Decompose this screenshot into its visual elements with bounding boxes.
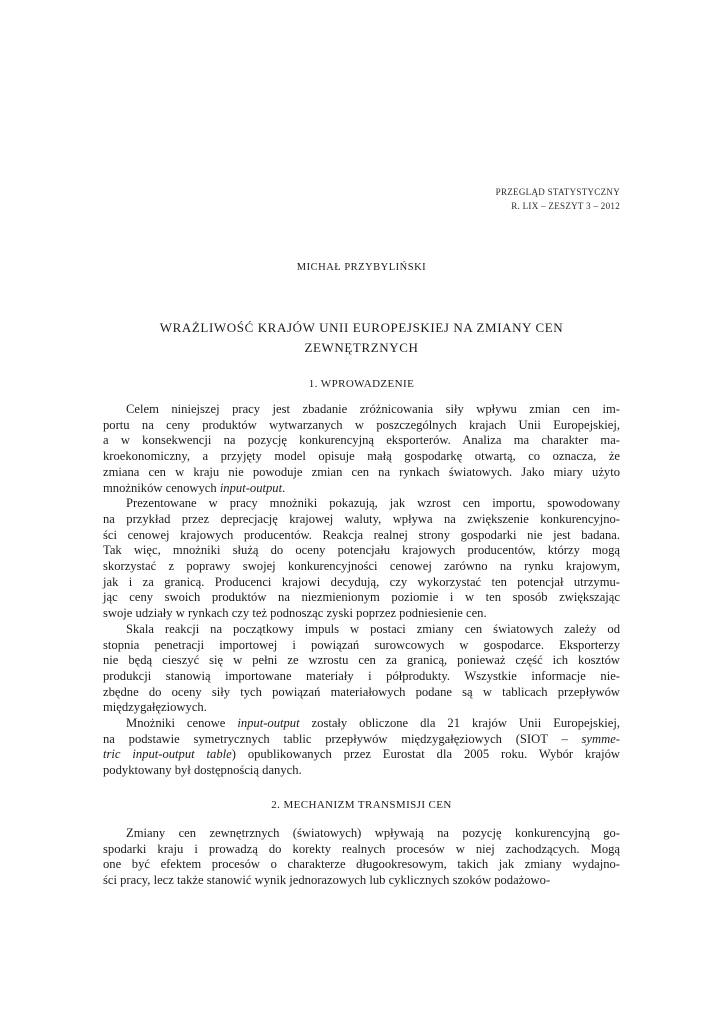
text-line: jak i za granicą. Producenci krajowi dec…: [103, 575, 620, 591]
author-name: MICHAŁ PRZYBYLIŃSKI: [103, 262, 620, 273]
text-line: Mnożniki cenowe input-output zostały obl…: [103, 716, 620, 732]
article-title-line: ZEWNĘTRZNYCH: [83, 338, 640, 358]
text-line: Prezentowane w pracy mnożniki pokazują, …: [103, 496, 620, 512]
text-line: portu na ceny produktów wytwarzanych w p…: [103, 418, 620, 434]
text-line: nie będą cieszyć się w pełni ze wzrostu …: [103, 653, 620, 669]
text-line: one być efektem procesów o charakterze d…: [103, 857, 620, 873]
text-line: mnożników cenowych input-output.: [103, 481, 620, 497]
text-line: na przykład przez deprecjację krajowej w…: [103, 512, 620, 528]
paragraph: Skala reakcji na początkowy impuls w pos…: [103, 622, 620, 716]
text-line: Tak więc, mnożniki służą do oceny potenc…: [103, 543, 620, 559]
text-line: kroekonomiczny, a przyjęty model opisuje…: [103, 449, 620, 465]
text-line: swoje udziały w rynkach czy też podnoszą…: [103, 606, 620, 622]
text-line: ści pracy, lecz także stanowić wynik jed…: [103, 873, 620, 889]
text-line: ści cenowej krajowych producentów. Reakc…: [103, 528, 620, 544]
section-heading: 2. MECHANIZM TRANSMISJI CEN: [103, 799, 620, 812]
text-line: Skala reakcji na początkowy impuls w pos…: [103, 622, 620, 638]
text-line: produkcji stanowią importowane materiały…: [103, 669, 620, 685]
text-line: a w konsekwencji na pozycję konkurencyjn…: [103, 433, 620, 449]
journal-issue: R. LIX – ZESZYT 3 – 2012: [496, 200, 620, 214]
text-line: Celem niniejszej pracy jest zbadanie zró…: [103, 402, 620, 418]
paragraph: Prezentowane w pracy mnożniki pokazują, …: [103, 496, 620, 622]
paragraph: Mnożniki cenowe input-output zostały obl…: [103, 716, 620, 779]
text-line: stopnia penetracji importowej i powiązań…: [103, 638, 620, 654]
text-line: skorzystać z poprawy swojej konkurencyjn…: [103, 559, 620, 575]
text-line: spodarki kraju i prowadzą do korekty rea…: [103, 842, 620, 858]
text-line: tric input-output table) opublikowanych …: [103, 747, 620, 763]
paragraph: Zmiany cen zewnętrznych (światowych) wpł…: [103, 826, 620, 889]
text-line: zbędne do oceny siły tych powiązań mater…: [103, 685, 620, 701]
document-page: PRZEGLĄD STATYSTYCZNY R. LIX – ZESZYT 3 …: [0, 0, 724, 1024]
text-line: jąc ceny swoich produktów na niezmienion…: [103, 590, 620, 606]
text-line: podyktowany był dostępnością danych.: [103, 763, 620, 779]
journal-masthead: PRZEGLĄD STATYSTYCZNY R. LIX – ZESZYT 3 …: [496, 186, 620, 213]
text-line: zmiana cen w kraju nie powoduje zmian ce…: [103, 465, 620, 481]
article-body: 1. WPROWADZENIECelem niniejszej pracy je…: [103, 378, 620, 889]
paragraph: Celem niniejszej pracy jest zbadanie zró…: [103, 402, 620, 496]
text-line: międzygałęziowych.: [103, 700, 620, 716]
article-title: WRAŻLIWOŚĆ KRAJÓW UNII EUROPEJSKIEJ NA Z…: [83, 318, 640, 358]
text-line: Zmiany cen zewnętrznych (światowych) wpł…: [103, 826, 620, 842]
section-heading: 1. WPROWADZENIE: [103, 378, 620, 391]
text-line: na podstawie symetrycznych tablic przepł…: [103, 732, 620, 748]
article-title-line: WRAŻLIWOŚĆ KRAJÓW UNII EUROPEJSKIEJ NA Z…: [83, 318, 640, 338]
journal-name: PRZEGLĄD STATYSTYCZNY: [496, 186, 620, 200]
